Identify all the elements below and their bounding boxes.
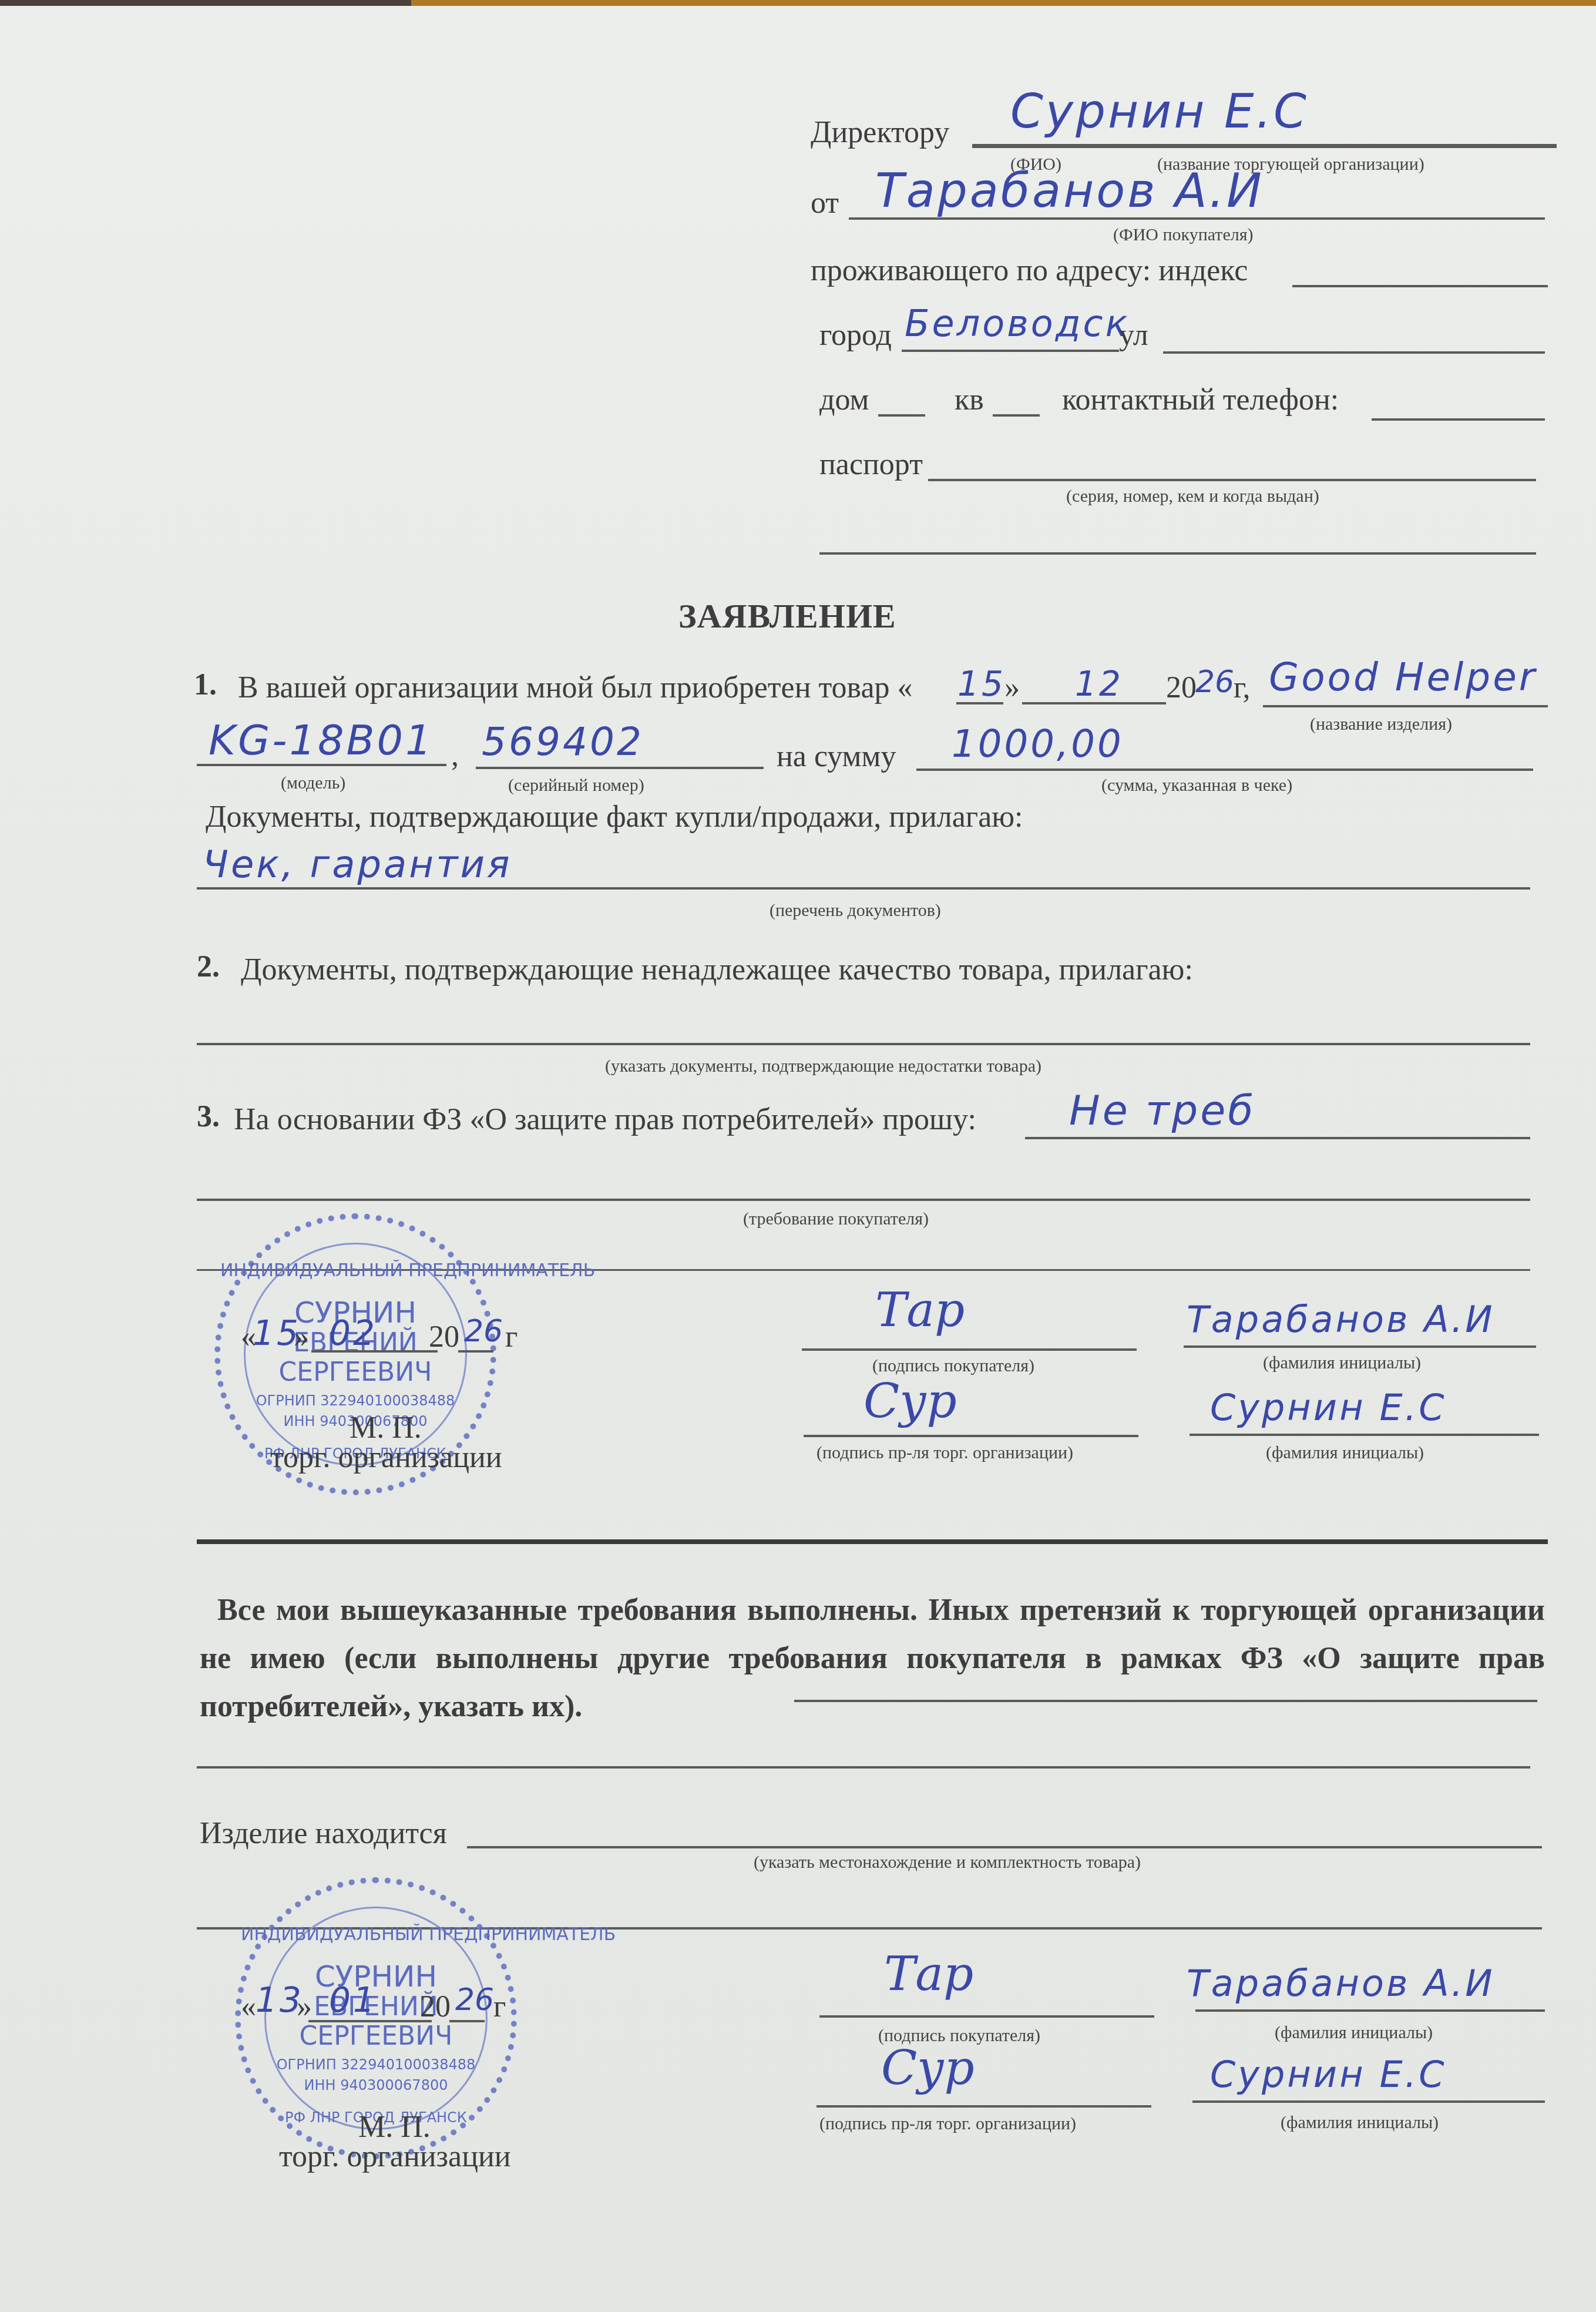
director-label: Директору: [811, 118, 949, 148]
date1-year-label: г: [505, 1322, 518, 1353]
seller-signature-2[interactable]: Сур: [881, 2045, 975, 2092]
date2-close: »: [297, 1992, 312, 2022]
section3-caption: (требование покупателя): [743, 1210, 929, 1228]
city-label: город: [819, 320, 892, 351]
passport-caption: (серия, номер, кем и когда выдан): [1066, 488, 1319, 505]
date2-open: «: [241, 1992, 256, 2022]
section1-number: 1.: [194, 670, 217, 700]
item-location-label: Изделие находится: [200, 1818, 447, 1849]
product-name-line: [1263, 705, 1548, 707]
passport-label: паспорт: [819, 449, 923, 480]
date1-month-line: [311, 1350, 438, 1353]
purchase-day-line: [956, 702, 1003, 704]
passport-field-line-2[interactable]: [819, 552, 1536, 555]
product-name-field[interactable]: Good Helper: [1269, 658, 1537, 697]
section2-text: Документы, подтверждающие ненадлежащее к…: [241, 955, 1193, 985]
closing-statement: Все мои вышеуказанные требования выполне…: [200, 1586, 1545, 1731]
apt-field[interactable]: [993, 414, 1040, 417]
org1-label: торг. организации: [270, 1442, 502, 1473]
buyer-name2-line: [1195, 2009, 1545, 2012]
section2-field[interactable]: [197, 1043, 1530, 1045]
item-location-field[interactable]: [467, 1846, 1542, 1848]
date2-year-label: г: [493, 1992, 506, 2022]
buyer-sig2-line: [819, 2015, 1154, 2018]
buyer-name1-caption: (фамилия инициалы): [1263, 1354, 1421, 1372]
section3-field-line-2[interactable]: [197, 1199, 1530, 1201]
section2-number: 2.: [197, 952, 220, 982]
section3-line: [1025, 1137, 1530, 1139]
seller-name1-caption: (фамилия инициалы): [1266, 1444, 1424, 1462]
section3-number: 3.: [197, 1102, 220, 1132]
purchase-day-field[interactable]: 15: [957, 667, 1006, 701]
document-title: ЗАЯВЛЕНИЕ: [678, 599, 896, 633]
serial-caption: (серийный номер): [508, 777, 644, 794]
from-label: от: [811, 188, 839, 219]
year-suffix-label: г,: [1234, 673, 1250, 703]
seller-name2-line: [1192, 2100, 1545, 2103]
apt-label: кв: [955, 385, 984, 415]
mp1-label: М. П.: [350, 1413, 422, 1444]
comma-separator: ,: [451, 740, 459, 771]
buyer-signature-1[interactable]: Тар: [875, 1287, 965, 1334]
address-label: проживающего по адресу: индекс: [811, 256, 1248, 286]
section3-field[interactable]: Не треб: [1069, 1090, 1255, 1131]
phone-label: контактный телефон:: [1062, 385, 1339, 415]
buyer-name2-field[interactable]: Тарабанов А.И: [1187, 1965, 1495, 2002]
purchase-year-field[interactable]: 26: [1195, 667, 1234, 697]
date1-month-field[interactable]: 02: [329, 1316, 377, 1350]
buyer-sig1-line: [802, 1348, 1137, 1351]
date2-month-line: [308, 2020, 432, 2022]
index-field[interactable]: [1292, 285, 1548, 287]
seller-sig1-caption: (подпись пр-ля торг. организации): [817, 1444, 1073, 1462]
section3-text: На основании ФЗ «О защите прав потребите…: [234, 1105, 976, 1135]
passport-field[interactable]: [928, 479, 1536, 481]
docs-label: Документы, подтверждающие факт купли/про…: [206, 802, 1023, 833]
purchase-month-field[interactable]: 12: [1075, 667, 1123, 701]
city-field-line: [902, 350, 1119, 352]
seller-sig2-caption: (подпись пр-ля торг. организации): [819, 2115, 1076, 2133]
street-field[interactable]: [1163, 351, 1545, 354]
seller-sig2-line: [817, 2105, 1151, 2108]
director-field[interactable]: Сурнин Е.С: [1010, 88, 1309, 135]
date2-month-field[interactable]: 01: [329, 1983, 377, 2017]
section1-text: В вашей организации мной был приобретен …: [238, 673, 912, 703]
section2-caption: (указать документы, подтверждающие недос…: [605, 1058, 1041, 1075]
item-location-caption: (указать местонахождение и комплектность…: [754, 1854, 1141, 1871]
sum-line: [916, 769, 1533, 771]
date1-year-field[interactable]: 26: [464, 1316, 503, 1347]
director-field-line: [972, 144, 1557, 148]
seller-name1-field[interactable]: Сурнин Е.С: [1210, 1390, 1447, 1426]
model-field[interactable]: KG-18B01: [209, 720, 434, 761]
buyer-caption: (ФИО покупателя): [1113, 226, 1254, 244]
sum-caption: (сумма, указанная в чеке): [1101, 777, 1292, 794]
buyer-name1-line: [1184, 1345, 1536, 1348]
buyer-name1-field[interactable]: Тарабанов А.И: [1187, 1301, 1495, 1338]
docs-caption: (перечень документов): [770, 902, 941, 920]
city-field[interactable]: Беловодск: [905, 306, 1130, 342]
buyer-signature-2[interactable]: Тар: [884, 1951, 973, 1998]
model-caption: (модель): [281, 774, 345, 792]
sum-label: на сумму: [777, 741, 896, 772]
house-label: дом: [819, 385, 869, 415]
quote-close: »: [1004, 673, 1020, 703]
seller-name2-field[interactable]: Сурнин Е.С: [1210, 2056, 1447, 2093]
date1-close: »: [294, 1322, 309, 1353]
date1-year-line: [458, 1350, 493, 1353]
serial-field[interactable]: 569402: [482, 723, 644, 761]
date2-year-prefix: 20: [420, 1992, 451, 2022]
closing-field-line-2[interactable]: [197, 1766, 1530, 1769]
mp2-label: М. П.: [358, 2112, 431, 2143]
buyer-sig1-caption: (подпись покупателя): [872, 1357, 1034, 1375]
street-label: ул: [1119, 320, 1148, 351]
seller-name2-caption: (фамилия инициалы): [1281, 2114, 1439, 2132]
date2-year-line: [449, 2020, 485, 2022]
sum-field[interactable]: 1000,00: [952, 726, 1124, 763]
buyer-name2-caption: (фамилия инициалы): [1275, 2024, 1433, 2042]
seller-sig1-line: [804, 1435, 1138, 1437]
product-caption: (название изделия): [1310, 716, 1452, 733]
purchase-month-line: [1022, 702, 1166, 704]
seller-name1-line: [1190, 1434, 1539, 1436]
docs-line: [197, 887, 1530, 890]
section-divider: [197, 1539, 1548, 1544]
org2-label: торг. организации: [279, 2142, 511, 2172]
date2-year-field[interactable]: 26: [455, 1985, 494, 2015]
from-field[interactable]: Тарабанов А.И: [875, 167, 1264, 214]
docs-field[interactable]: Чек, гарантия: [203, 846, 512, 884]
date1-year-prefix: 20: [429, 1322, 459, 1353]
closing-field[interactable]: [794, 1700, 1537, 1702]
serial-line: [476, 767, 764, 769]
seller-signature-1[interactable]: Сур: [863, 1378, 957, 1425]
house-field[interactable]: [878, 414, 925, 417]
purchase-year-prefix: 20: [1166, 673, 1197, 703]
phone-field[interactable]: [1372, 418, 1545, 421]
